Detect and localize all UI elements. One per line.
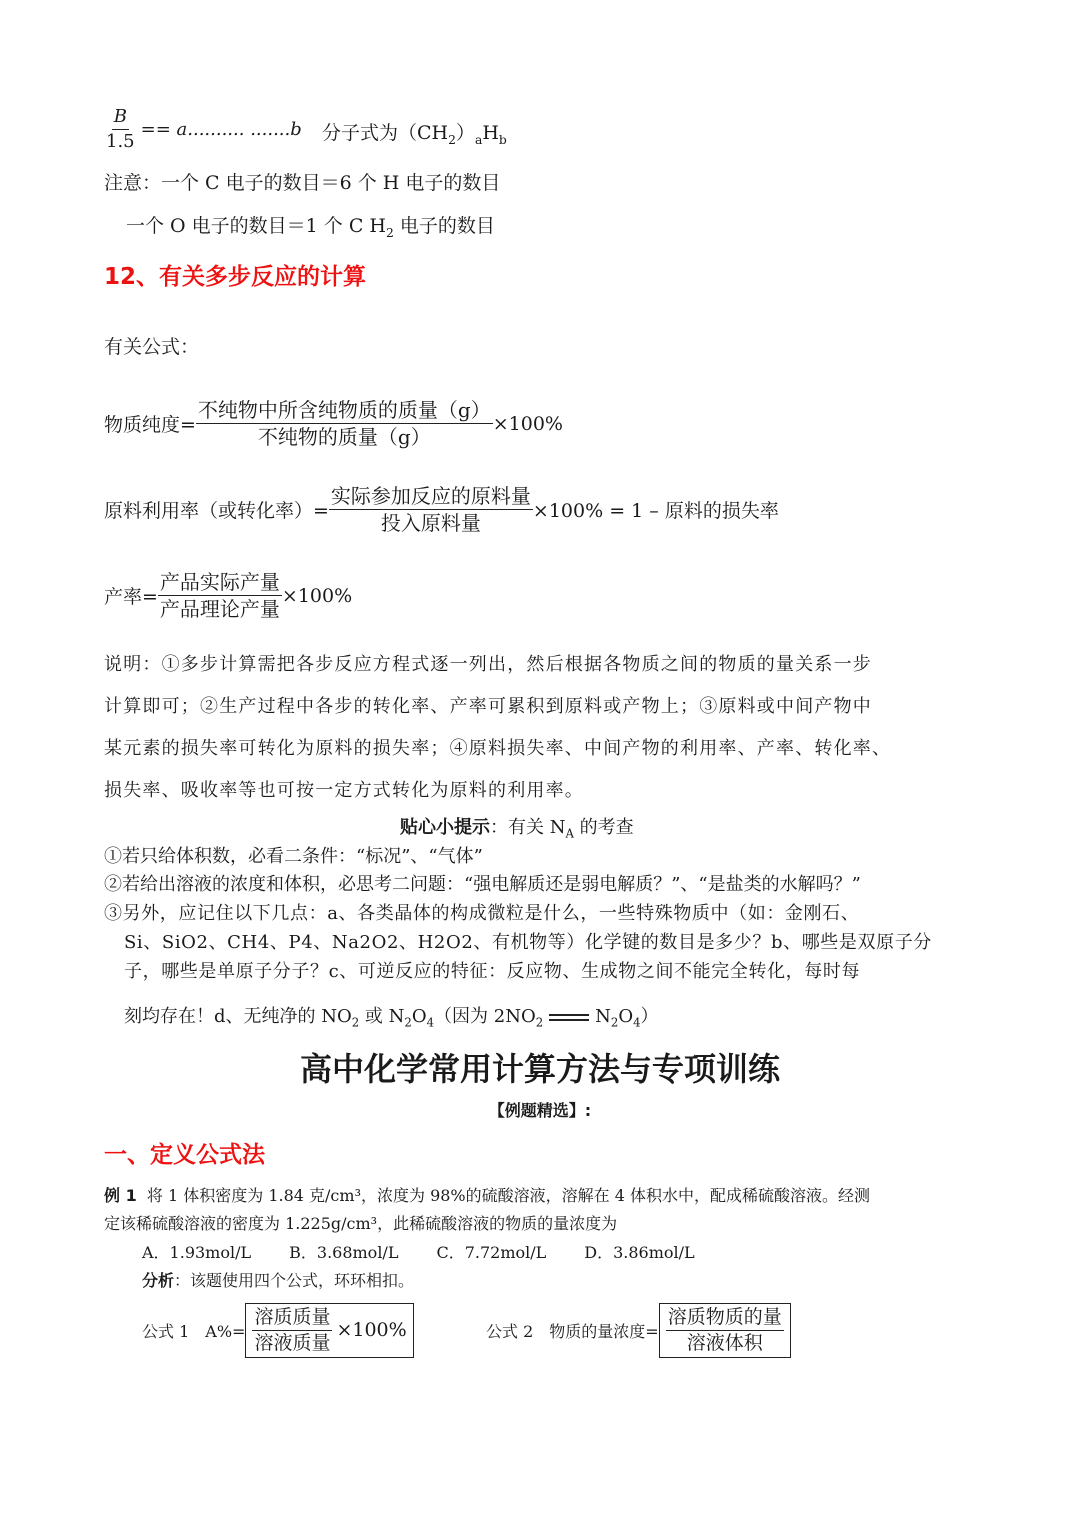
analysis-label: 分析 xyxy=(142,1271,174,1290)
fraction: B 1.5 xyxy=(104,106,137,152)
purity-fraction: 不纯物中所含纯物质的质量（g） 不纯物的质量（g） xyxy=(196,398,493,449)
tips-title-bold: 贴心小提示 xyxy=(400,817,490,838)
formulas-label: 有关公式： xyxy=(104,332,199,359)
utilization-fraction: 实际参加反应的原料量 投入原料量 xyxy=(329,484,533,535)
formula-2-fraction: 溶质物质的量 溶液体积 xyxy=(666,1306,784,1355)
analysis-text: ：该题使用四个公式，环环相扣。 xyxy=(174,1271,414,1290)
sub-4b: 4 xyxy=(633,1016,640,1030)
line4-pre: 刻均存在！d、无纯净的 NO xyxy=(124,1006,352,1027)
sub-2c: 2 xyxy=(536,1016,543,1030)
utilization-label: 原料利用率（或转化率）= xyxy=(104,496,329,523)
purity-denominator: 不纯物的质量（g） xyxy=(256,424,433,449)
section-1-heading: 一、定义公式法 xyxy=(104,1136,265,1169)
utilization-formula: 原料利用率（或转化率）= 实际参加反应的原料量 投入原料量 ×100% = 1 … xyxy=(104,484,779,535)
o-char-2: O xyxy=(618,1006,633,1027)
tip-item-3-line-2: Si、SiO2、CH4、P4、Na2O2、H2O2、有机物等）化学键的数目是多少… xyxy=(124,928,932,954)
formula-1-suffix: ×100% xyxy=(336,1319,406,1341)
note-line-2-post: 电子的数目 xyxy=(394,215,495,237)
molecular-formula: 分子式为（CH2）aHb xyxy=(322,118,507,147)
tip-item-3-line-3: 子，哪些是单原子分子？c、可逆反应的特征：反应物、生成物之间不能完全转化，每时每 xyxy=(124,957,860,983)
mf-label: 分子式为（CH xyxy=(322,122,448,144)
tips-title: 贴心小提示：有关 NA 的考查 xyxy=(400,813,634,841)
n2o4: N xyxy=(595,1006,611,1027)
note-line-2: 一个 O 电子的数目＝1 个 C H2 电子的数目 xyxy=(126,211,495,240)
note-line-1: 注意：一个 C 电子的数目＝6 个 H 电子的数目 xyxy=(104,168,500,195)
tip-item-2: ②若给出溶液的浓度和体积，必思考二问题：“强电解质还是弱电解质？”、“是盐类的水… xyxy=(104,870,861,896)
utilization-denominator: 投入原料量 xyxy=(379,510,483,535)
formula-2-box: 溶质物质的量 溶液体积 xyxy=(659,1303,791,1358)
tips-title-sub: A xyxy=(565,827,573,841)
purity-formula: 物质纯度= 不纯物中所含纯物质的质量（g） 不纯物的质量（g） ×100% xyxy=(104,398,563,449)
o-char: O xyxy=(412,1006,427,1027)
tip-item-3-line-1: ③另外，应记住以下几点：a、各类晶体的构成微粒是什么，一些特殊物质中（如：金刚石… xyxy=(104,899,859,925)
formula-2: 公式 2 物质的量浓度= 溶质物质的量 溶液体积 xyxy=(486,1303,791,1358)
formula-2-label: 公式 2 物质的量浓度= xyxy=(486,1319,659,1342)
analysis: 分析：该题使用四个公式，环环相扣。 xyxy=(142,1268,414,1291)
purity-numerator: 不纯物中所含纯物质的质量（g） xyxy=(196,398,493,424)
formula-1: 公式 1 A%= 溶质质量 溶液质量 ×100% xyxy=(142,1303,414,1358)
section-12-heading: 12、有关多步反应的计算 xyxy=(104,258,366,291)
utilization-suffix: ×100% = 1 – 原料的损失率 xyxy=(533,496,779,523)
equilibrium-arrow-icon xyxy=(549,1011,589,1023)
tip-item-3-line-4: 刻均存在！d、无纯净的 NO2 或 N2O4（因为 2NO2N2O4） xyxy=(124,1002,659,1030)
explanation-line-4: 损失率、吸收率等也可按一定方式转化为原料的利用率。 xyxy=(104,776,584,802)
purity-suffix: ×100% xyxy=(493,413,563,435)
purity-label: 物质纯度= xyxy=(104,410,196,437)
tip-item-1: ①若只给体积数，必看二条件：“标况”、“气体” xyxy=(104,842,483,868)
option-b: B．3.68mol/L xyxy=(289,1240,398,1263)
tips-title-pre: ：有关 N xyxy=(490,817,565,838)
formula-2-numerator: 溶质物质的量 xyxy=(666,1306,784,1331)
examples-label: 【例题精选】: xyxy=(0,1098,1080,1121)
explanation-line-1: 说明：①多步计算需把各步反应方程式逐一列出，然后根据各物质之间的物质的量关系一步 xyxy=(104,650,872,676)
option-a: A．1.93mol/L xyxy=(142,1240,251,1263)
fraction-numerator: B xyxy=(112,106,129,130)
option-d: D．3.86mol/L xyxy=(584,1240,694,1263)
sub-4a: 4 xyxy=(427,1016,434,1030)
formula-1-denominator: 溶液质量 xyxy=(252,1331,332,1355)
note-line-2-sub: 2 xyxy=(386,226,394,240)
explanation-line-3: 某元素的损失率可转化为原料的损失率；④原料损失率、中间产物的利用率、产率、转化率… xyxy=(104,734,891,760)
options-row: A．1.93mol/L B．3.68mol/L C．7.72mol/L D．3.… xyxy=(142,1240,695,1263)
note-line-2-pre: 一个 O 电子的数目＝1 个 C H xyxy=(126,215,386,237)
example-1-label: 例 1 xyxy=(104,1186,137,1205)
utilization-numerator: 实际参加反应的原料量 xyxy=(329,484,533,510)
tips-title-post: 的考查 xyxy=(574,817,634,838)
fraction-formula: B 1.5 == a.......... .......b xyxy=(104,106,302,152)
line4-because: （因为 2NO xyxy=(434,1006,536,1027)
yield-numerator: 产品实际产量 xyxy=(158,570,282,596)
yield-label: 产率= xyxy=(104,582,158,609)
formula-1-label: 公式 1 A%= xyxy=(142,1319,245,1342)
formula-1-numerator: 溶质质量 xyxy=(252,1306,332,1331)
mf-sub-b: b xyxy=(499,133,507,147)
example-1-line-2: 定该稀硫酸溶液的密度为 1.225g/cm³，此稀硫酸溶液的物质的量浓度为 xyxy=(104,1211,617,1234)
option-c: C．7.72mol/L xyxy=(436,1240,546,1263)
formula-2-denominator: 溶液体积 xyxy=(685,1331,765,1355)
fraction-denominator: 1.5 xyxy=(104,130,137,153)
yield-denominator: 产品理论产量 xyxy=(158,596,282,621)
main-title: 高中化学常用计算方法与专项训练 xyxy=(0,1044,1080,1090)
formula-1-fraction: 溶质质量 溶液质量 xyxy=(252,1306,332,1355)
line4-end: ） xyxy=(641,1006,659,1027)
mf-sub: 2 xyxy=(448,133,456,147)
formula-1-box: 溶质质量 溶液质量 ×100% xyxy=(245,1303,413,1358)
example-1-text: 将 1 体积密度为 1.84 克/cm³，浓度为 98%的硫酸溶液，溶解在 4 … xyxy=(147,1186,870,1205)
yield-suffix: ×100% xyxy=(282,585,352,607)
formula-rhs: == a.......... .......b xyxy=(141,119,302,140)
yield-formula: 产率= 产品实际产量 产品理论产量 ×100% xyxy=(104,570,352,621)
explanation-line-2: 计算即可；②生产过程中各步的转化率、产率可累积到原料或产物上；③原料或中间产物中 xyxy=(104,692,872,718)
mf-close: ） xyxy=(456,122,475,144)
example-1-line-1: 例 1 将 1 体积密度为 1.84 克/cm³，浓度为 98%的硫酸溶液，溶解… xyxy=(104,1183,870,1206)
line4-mid: 或 N xyxy=(359,1006,404,1027)
yield-fraction: 产品实际产量 产品理论产量 xyxy=(158,570,282,621)
mf-h: H xyxy=(482,122,499,144)
sub-2b: 2 xyxy=(404,1016,411,1030)
